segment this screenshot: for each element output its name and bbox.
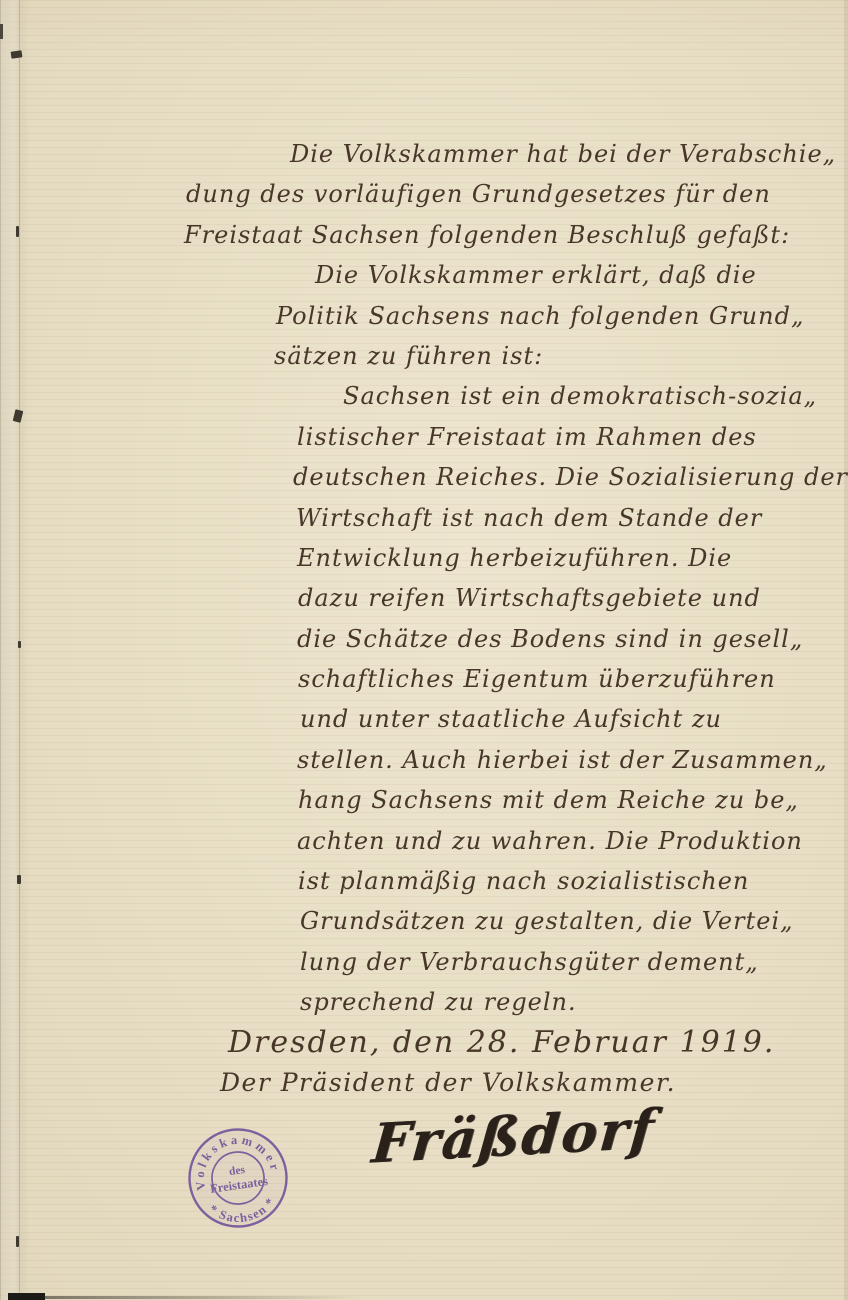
stamp-graphic: Volkskammer * Sachsen * des Freistaates bbox=[179, 1119, 296, 1236]
manuscript-line: und unter staatliche Aufsicht zu bbox=[0, 699, 848, 739]
manuscript-line: Wirtschaft ist nach dem Stande der bbox=[0, 498, 848, 538]
signature: Fräßdorf bbox=[369, 1096, 658, 1175]
manuscript-line: sätzen zu führen ist: bbox=[0, 336, 848, 376]
binding-stitch bbox=[0, 24, 3, 39]
manuscript-line: stellen. Auch hierbei ist der Zusammen„ bbox=[0, 740, 848, 780]
manuscript-page: Die Volkskammer hat bei der Verabschie„d… bbox=[0, 0, 848, 1300]
manuscript-line: Entwicklung herbeizuführen. Die bbox=[0, 538, 848, 578]
manuscript-line: die Schätze des Bodens sind in gesell„ bbox=[0, 619, 848, 659]
manuscript-line: hang Sachsens mit dem Reiche zu be„ bbox=[0, 780, 848, 820]
manuscript-line: listischer Freistaat im Rahmen des bbox=[0, 417, 848, 457]
stamp-center-line1: des bbox=[228, 1164, 246, 1178]
binding-stitch bbox=[16, 1236, 19, 1247]
manuscript-line: Dresden, den 28. Februar 1919. bbox=[0, 1023, 848, 1063]
manuscript-line: Grundsätzen zu gestalten, die Vertei„ bbox=[0, 901, 848, 941]
manuscript-line: Politik Sachsens nach folgenden Grund„ bbox=[0, 296, 848, 336]
manuscript-line: lung der Verbrauchsgüter dement„ bbox=[0, 942, 848, 982]
manuscript-line: deutschen Reiches. Die Sozialisierung de… bbox=[0, 457, 848, 497]
manuscript-line: Die Volkskammer erklärt, daß die bbox=[0, 255, 848, 295]
official-stamp: Volkskammer * Sachsen * des Freistaates bbox=[179, 1119, 296, 1236]
manuscript-line: Die Volkskammer hat bei der Verabschie„ bbox=[0, 134, 848, 174]
manuscript-line: schaftliches Eigentum überzuführen bbox=[0, 659, 848, 699]
manuscript-line: sprechend zu regeln. bbox=[0, 982, 848, 1022]
manuscript-line: dung des vorläufigen Grundgesetzes für d… bbox=[0, 174, 848, 214]
manuscript-line: Sachsen ist ein demokratisch-sozia„ bbox=[0, 376, 848, 416]
manuscript-text: Die Volkskammer hat bei der Verabschie„d… bbox=[0, 134, 848, 1103]
manuscript-line: Der Präsident der Volkskammer. bbox=[0, 1063, 848, 1103]
manuscript-line: Freistaat Sachsen folgenden Beschluß gef… bbox=[0, 215, 848, 255]
scan-artifact bbox=[45, 1296, 360, 1299]
scan-artifact bbox=[8, 1293, 45, 1300]
manuscript-line: achten und zu wahren. Die Produktion bbox=[0, 821, 848, 861]
manuscript-line: ist planmäßig nach sozialistischen bbox=[0, 861, 848, 901]
manuscript-line: dazu reifen Wirtschaftsgebiete und bbox=[0, 578, 848, 618]
